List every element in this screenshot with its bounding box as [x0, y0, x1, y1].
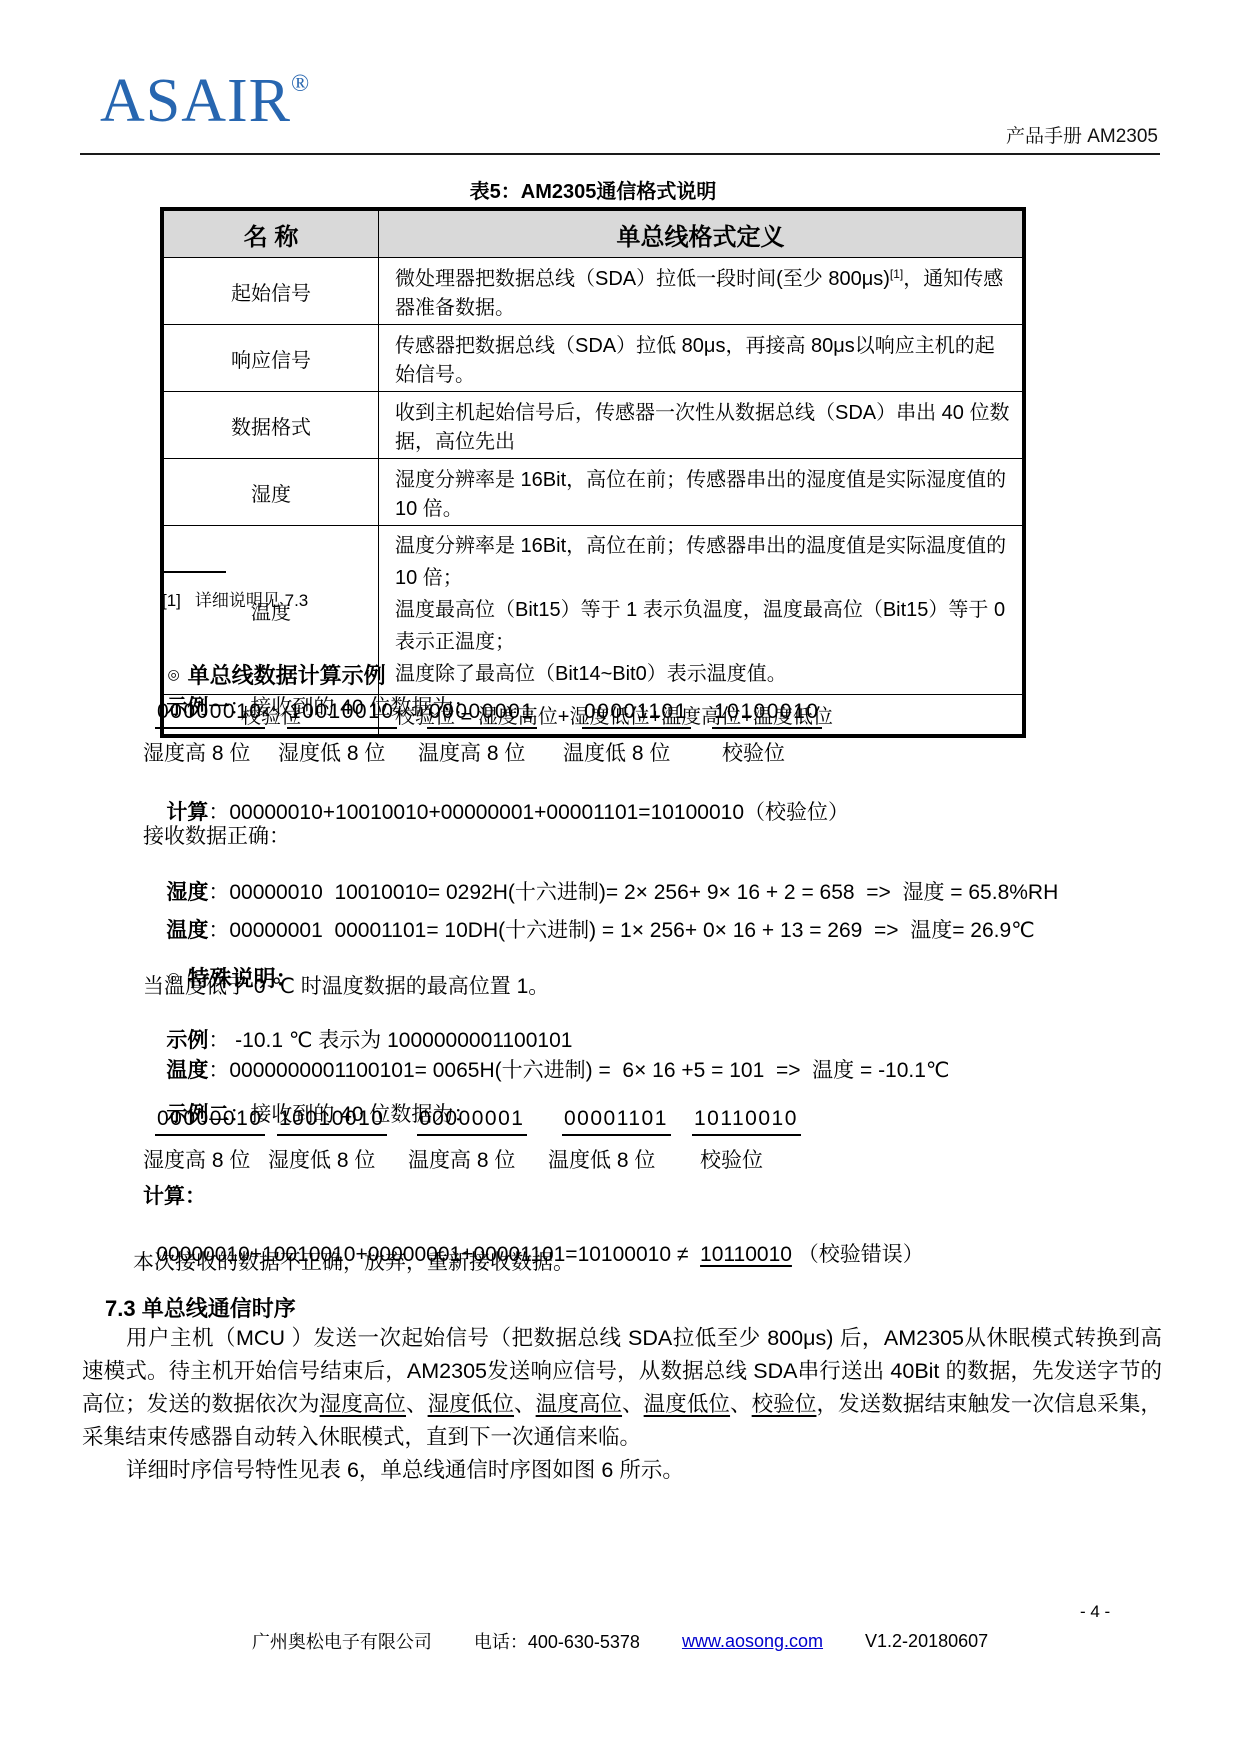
row-text-line: 温度除了最高位（Bit14~Bit0）表示温度值。	[395, 658, 1012, 690]
row-name: 数据格式	[162, 392, 379, 459]
bit-label: 校验位	[700, 1144, 763, 1174]
bits-humidity-high: 00000010	[155, 1107, 265, 1136]
bits-temperature-high: 00000001	[427, 700, 537, 729]
row-definition: 温度分辨率是 16Bit，高位在前；传感器串出的温度值是实际温度值的 10 倍；…	[379, 526, 1025, 695]
footer-version: V1.2-20180607	[865, 1631, 988, 1652]
bits-temperature-low: 00001101	[582, 700, 691, 729]
table-row: 起始信号 微处理器把数据总线（SDA）拉低一段时间(至少 800μs)[1]，通…	[162, 258, 1024, 325]
row-definition: 收到主机起始信号后，传感器一次性从数据总线（SDA）串出 40 位数据，高位先出	[379, 392, 1025, 459]
document-page: ASAIR® 产品手册 AM2305 表5：AM2305通信格式说明 名 称 单…	[0, 0, 1240, 1752]
bits-humidity-low: 10010010	[287, 700, 397, 729]
example2-calc-label: 计算：	[143, 1180, 206, 1210]
bits-humidity-high: 00000010	[155, 700, 265, 729]
underlined-term: 温度低位	[644, 1392, 730, 1416]
table-title: 表5：AM2305通信格式说明	[160, 175, 1026, 204]
table-row: 数据格式 收到主机起始信号后，传感器一次性从数据总线（SDA）串出 40 位数据…	[162, 392, 1024, 459]
section-7-3-heading: 7.3 单总线通信时序	[105, 1292, 296, 1323]
table-row: 响应信号 传感器把数据总线（SDA）拉低 80μs，再接高 80μs以响应主机的…	[162, 325, 1024, 392]
bit-label: 温度高 8 位	[408, 1144, 515, 1174]
row-text-line: 温度分辨率是 16Bit，高位在前；传感器串出的温度值是实际温度值的 10 倍；	[395, 530, 1012, 594]
footer-phone: 电话：400-630-5378	[474, 1628, 640, 1654]
bits-checksum: 10100010	[712, 700, 822, 729]
footer: 广州奥松电子有限公司 电话：400-630-5378 www.aosong.co…	[0, 1628, 1240, 1654]
para-text: 、	[406, 1392, 428, 1416]
footer-company: 广州奥松电子有限公司	[252, 1628, 432, 1654]
para-text: 、	[730, 1392, 752, 1416]
calc-post: （校验错误）	[792, 1243, 924, 1266]
row-text: 微处理器把数据总线（SDA）拉低一段时间(至少 800μs)	[395, 268, 890, 290]
temperature-calc-text: ：00000001 00001101= 10DH(十六进制) = 1× 256+…	[208, 919, 1034, 942]
logo-text: ASAIR	[100, 67, 291, 135]
bit-label: 校验位	[722, 737, 785, 767]
footer-website-link[interactable]: www.aosong.com	[682, 1631, 823, 1652]
row-text-line: 温度最高位（Bit15）等于 1 表示负温度，温度最高位（Bit15）等于 0 …	[395, 594, 1012, 658]
bit-label: 温度低 8 位	[548, 1144, 655, 1174]
table-header-definition: 单总线格式定义	[379, 209, 1025, 258]
table-header-row: 名 称 单总线格式定义	[162, 209, 1024, 258]
footnote-marker: [1]	[162, 591, 181, 610]
section-7-3-paragraph2: 详细时序信号特性见表 6，单总线通信时序图如图 6 所示。	[82, 1454, 1162, 1487]
receive-ok-line: 接收数据正确：	[143, 820, 290, 850]
para-text: 、	[514, 1392, 536, 1416]
underlined-term: 校验位	[752, 1392, 817, 1416]
bit-label: 温度高 8 位	[418, 737, 525, 767]
table-header-name: 名 称	[162, 209, 379, 258]
header-rule	[80, 153, 1160, 155]
bits-checksum: 10110010	[692, 1107, 801, 1136]
row-definition: 传感器把数据总线（SDA）拉低 80μs，再接高 80μs以响应主机的起始信号。	[379, 325, 1025, 392]
section-7-3-paragraph: 用户主机（MCU ）发送一次起始信号（把数据总线 SDA拉低至少 800μs) …	[82, 1322, 1162, 1454]
para-text: 、	[622, 1392, 644, 1416]
bit-label: 湿度高 8 位	[143, 737, 250, 767]
bit-label: 湿度低 8 位	[278, 737, 385, 767]
row-name: 响应信号	[162, 325, 379, 392]
bit-label: 温度低 8 位	[563, 737, 670, 767]
page-number: - 4 -	[1080, 1602, 1110, 1622]
footnote-rule	[160, 571, 226, 573]
registered-trademark-icon: ®	[291, 71, 309, 97]
bits-humidity-low: 10010010	[277, 1107, 387, 1136]
footnote-ref: [1]	[890, 267, 903, 281]
bit-label: 湿度低 8 位	[268, 1144, 375, 1174]
table-row: 湿度 湿度分辨率是 16Bit，高位在前；传感器串出的湿度值是实际湿度值的 10…	[162, 459, 1024, 526]
example2-conclusion: 本次接收的数据不正确，放弃，重新接收数据。	[133, 1246, 574, 1276]
footnote: [1]详细说明见 7.3	[162, 586, 308, 611]
underlined-term: 湿度高位	[320, 1392, 406, 1416]
bit-label: 湿度高 8 位	[143, 1144, 250, 1174]
underlined-term: 湿度低位	[428, 1392, 514, 1416]
asair-logo: ASAIR®	[100, 70, 309, 132]
footnote-text: 详细说明见 7.3	[195, 591, 308, 610]
row-definition: 微处理器把数据总线（SDA）拉低一段时间(至少 800μs)[1]，通知传感器准…	[379, 258, 1025, 325]
special-line1: 当温度低于 0 ℃ 时温度数据的最高位置 1。	[143, 970, 549, 1000]
calc-wrong-checksum: 10110010	[700, 1243, 792, 1266]
underlined-term: 温度高位	[536, 1392, 622, 1416]
calc-text: ：00000010+10010010+00000001+00001101=101…	[208, 801, 849, 824]
row-name: 起始信号	[162, 258, 379, 325]
bits-temperature-low: 00001101	[562, 1107, 671, 1136]
header-doc-label: 产品手册 AM2305	[1006, 121, 1158, 148]
row-name: 湿度	[162, 459, 379, 526]
row-definition: 湿度分辨率是 16Bit，高位在前；传感器串出的湿度值是实际湿度值的 10 倍。	[379, 459, 1025, 526]
bits-temperature-high: 00000001	[417, 1107, 527, 1136]
